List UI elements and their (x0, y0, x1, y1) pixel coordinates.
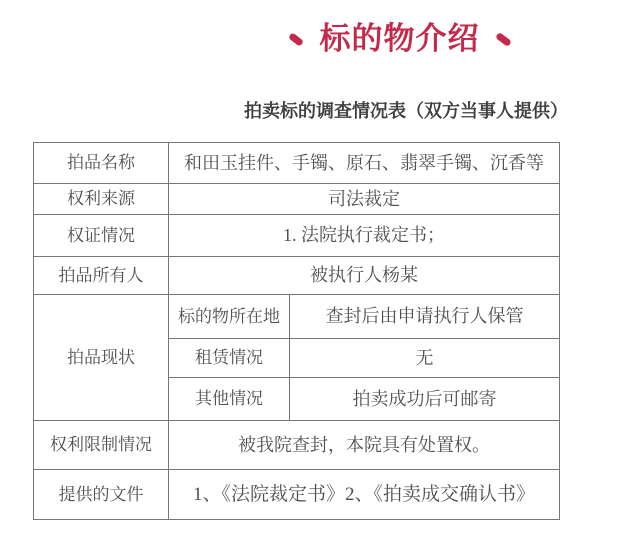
row-label: 拍品名称 (34, 143, 169, 184)
row-label: 拍品现状 (34, 295, 169, 421)
subrow-label: 租赁情况 (169, 339, 290, 378)
table-row: 权利限制情况 被我院查封，本院具有处置权。 (34, 421, 560, 470)
auction-info-table: 拍品名称 和田玉挂件、手镯、原石、翡翠手镯、沉香等 权利来源 司法裁定 权证情况… (33, 142, 560, 520)
title-accent-right-icon (495, 31, 512, 46)
subrow-value: 无 (290, 339, 560, 378)
table-row: 提供的文件 1、《法院裁定书》2、《拍卖成交确认书》 (34, 470, 560, 520)
subrow-label: 标的物所在地 (169, 295, 290, 339)
subrow-label: 其他情况 (169, 378, 290, 421)
row-label: 权利来源 (34, 184, 169, 215)
table-caption: 拍卖标的调查情况表（双方当事人提供） (244, 101, 568, 123)
table-row: 拍品现状 标的物所在地 查封后由申请执行人保管 (34, 295, 560, 339)
table-row: 权利来源 司法裁定 (34, 184, 560, 215)
table-row: 拍品名称 和田玉挂件、手镯、原石、翡翠手镯、沉香等 (34, 143, 560, 184)
page-header: 标的物介绍 (289, 22, 512, 56)
row-label: 拍品所有人 (34, 257, 169, 295)
row-value: 司法裁定 (169, 184, 560, 215)
row-value: 1、《法院裁定书》2、《拍卖成交确认书》 (169, 470, 560, 520)
table-row: 拍品所有人 被执行人杨某 (34, 257, 560, 295)
title-accent-left-icon (288, 32, 304, 47)
page-title: 标的物介绍 (320, 22, 480, 56)
row-label: 权证情况 (34, 215, 169, 257)
row-value: 被我院查封，本院具有处置权。 (169, 421, 560, 470)
row-label: 提供的文件 (34, 470, 169, 520)
row-label: 权利限制情况 (34, 421, 169, 470)
subrow-value: 拍卖成功后可邮寄 (290, 378, 560, 421)
row-value: 被执行人杨某 (169, 257, 560, 295)
row-value: 和田玉挂件、手镯、原石、翡翠手镯、沉香等 (169, 143, 560, 184)
table-row: 权证情况 1. 法院执行裁定书； (34, 215, 560, 257)
subrow-value: 查封后由申请执行人保管 (290, 295, 560, 339)
row-value: 1. 法院执行裁定书； (169, 215, 560, 257)
